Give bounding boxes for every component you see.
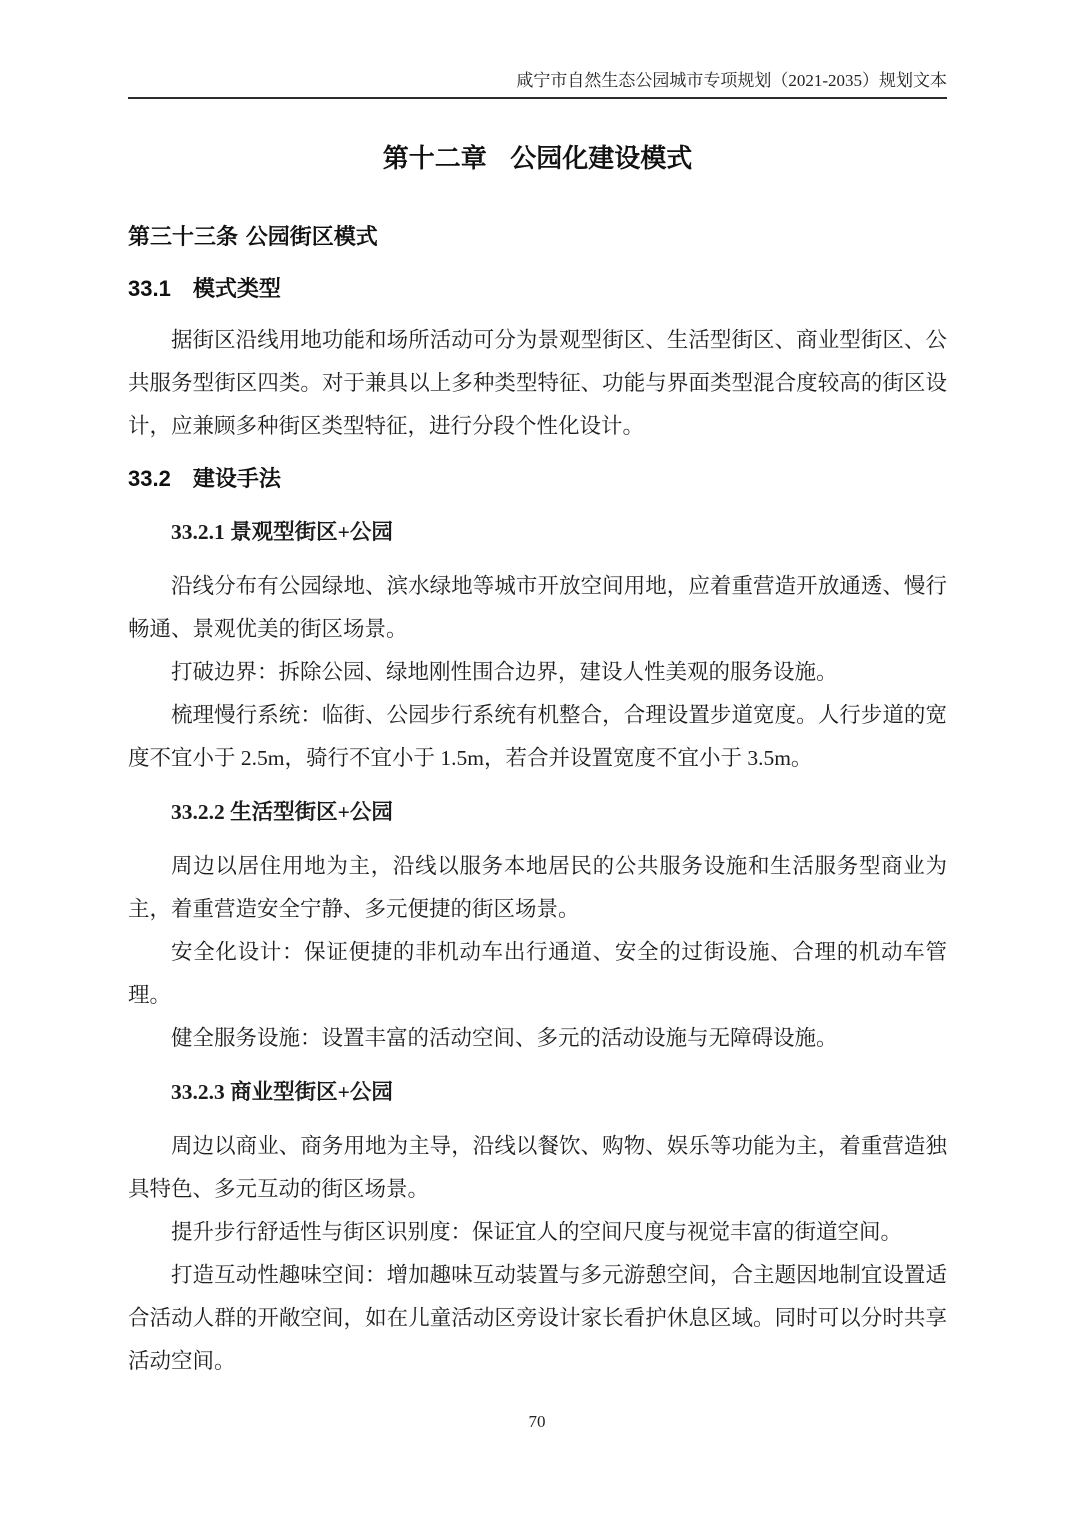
- page-content: 咸宁市自然生态公园城市专项规划（2021-2035）规划文本 第十二章公园化建设…: [128, 0, 947, 1383]
- paragraph: 健全服务设施：设置丰富的活动空间、多元的活动设施与无障碍设施。: [128, 1017, 947, 1060]
- subsection-heading-33-2-3: 33.2.3商业型街区+公园: [128, 1071, 947, 1114]
- paragraph: 提升步行舒适性与街区识别度：保证宜人的空间尺度与视觉丰富的街道空间。: [128, 1211, 947, 1254]
- section-heading-33-1: 33.1模式类型: [128, 267, 947, 310]
- paragraph: 安全化设计：保证便捷的非机动车出行通道、安全的过街设施、合理的机动车管理。: [128, 931, 947, 1017]
- running-header: 咸宁市自然生态公园城市专项规划（2021-2035）规划文本: [128, 0, 947, 99]
- subsection-heading-33-2-1: 33.2.1景观型街区+公园: [128, 511, 947, 554]
- section-number: 33.1: [128, 276, 171, 301]
- paragraph: 周边以商业、商务用地为主导，沿线以餐饮、购物、娱乐等功能为主，着重营造独具特色、…: [128, 1125, 947, 1211]
- section-heading-33-2: 33.2建设手法: [128, 457, 947, 500]
- section-title-text: 建设手法: [193, 466, 281, 491]
- article-heading: 第三十三条公园街区模式: [128, 215, 947, 258]
- paragraph: 据街区沿线用地功能和场所活动可分为景观型街区、生活型街区、商业型街区、公共服务型…: [128, 319, 947, 448]
- page-number: 70: [529, 1412, 546, 1431]
- paragraph: 打造互动性趣味空间：增加趣味互动装置与多元游憩空间，合主题因地制宜设置适合活动人…: [128, 1254, 947, 1383]
- paragraph: 周边以居住用地为主，沿线以服务本地居民的公共服务设施和生活服务型商业为主，着重营…: [128, 845, 947, 931]
- paragraph: 沿线分布有公园绿地、滨水绿地等城市开放空间用地，应着重营造开放通透、慢行畅通、景…: [128, 565, 947, 651]
- subsection-number: 33.2.3: [171, 1080, 225, 1104]
- chapter-title: 第十二章公园化建设模式: [128, 137, 947, 180]
- section-number: 33.2: [128, 466, 171, 491]
- subsection-title-text: 商业型街区+公园: [230, 1080, 393, 1104]
- document-page: 咸宁市自然生态公园城市专项规划（2021-2035）规划文本 第十二章公园化建设…: [0, 0, 1074, 1520]
- article-title-text: 公园街区模式: [246, 224, 378, 249]
- paragraph: 打破边界：拆除公园、绿地刚性围合边界，建设人性美观的服务设施。: [128, 651, 947, 694]
- page-footer: 70: [0, 1412, 1074, 1432]
- running-header-text: 咸宁市自然生态公园城市专项规划（2021-2035）规划文本: [516, 71, 947, 90]
- subsection-number: 33.2.2: [171, 800, 225, 824]
- chapter-title-text: 公园化建设模式: [510, 143, 692, 173]
- chapter-number: 第十二章: [383, 143, 487, 173]
- paragraph: 梳理慢行系统：临街、公园步行系统有机整合，合理设置步道宽度。人行步道的宽度不宜小…: [128, 694, 947, 780]
- article-number: 第三十三条: [128, 224, 238, 249]
- subsection-number: 33.2.1: [171, 520, 225, 544]
- subsection-heading-33-2-2: 33.2.2生活型街区+公园: [128, 791, 947, 834]
- subsection-title-text: 生活型街区+公园: [230, 800, 393, 824]
- subsection-title-text: 景观型街区+公园: [230, 520, 393, 544]
- section-title-text: 模式类型: [193, 276, 281, 301]
